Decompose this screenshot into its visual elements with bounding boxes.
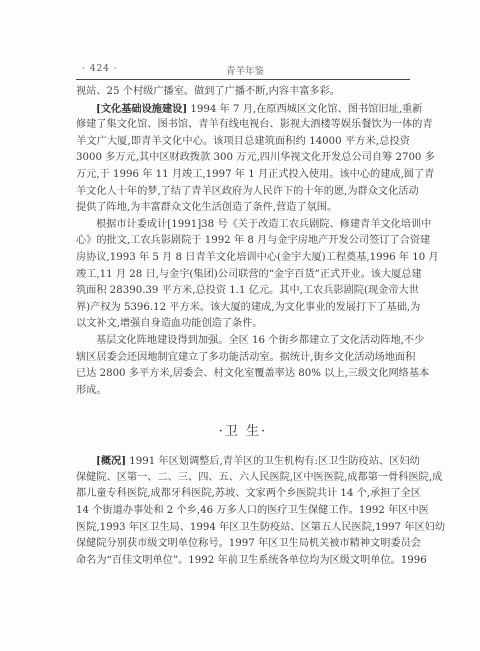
text-line: 提供了阵地,为丰富群众文化生活创造了条件,营造了氛围。 <box>76 200 410 217</box>
text-line: 辖区居委会还因地制宜建立了多功能活动室。据统计,街乡文化活动场地面积 <box>76 350 410 367</box>
text-line: 3000 多万元,其中区财政拨款 300 万元,四川华视文化开发总公司自筹 27… <box>76 150 410 167</box>
text-line: 保健院分别获市级文明单位称号。1997 年区卫生局机关被市精神文明委员会 <box>76 536 410 553</box>
text-line: 修建了集文化馆、图书馆、青羊有线电视台、影视大酒楼等娱乐餐饮为一体的青 <box>76 117 410 134</box>
header-rule <box>76 79 410 80</box>
text-line: 已达 2800 多平方米,居委会、村文化室覆盖率达 80% 以上,三级文化网络基… <box>76 366 410 383</box>
running-title: 青羊年鉴 <box>226 63 264 77</box>
text-line: 羊文广大厦,即青羊文化中心。该项目总建筑面积约 14000 平方米,总投资 <box>76 134 410 151</box>
text-line: 命名为“百佳文明单位”。1992 年前卫生系统各单位均为区级文明单位。1996 <box>76 553 410 570</box>
text-line: 万元,于 1996 年 11 月竣工,1997 年 1 月正式投入使用。该中心的… <box>76 167 410 184</box>
text-line: 都儿童专科医院,成都牙科医院,苏坡、文家两个乡医院共计 14 个,承担了全区 <box>76 486 410 503</box>
page-header: · 424 · 青羊年鉴 <box>76 62 410 78</box>
text-line: 筑面积 28390.39 平方米,总投资 1.1 亿元。其中,工农兵影剧院(现金… <box>76 283 410 300</box>
text-line: 14 个街道办事处和 2 个乡,46 万多人口的医疗卫生保健工作。1992 年区… <box>76 503 410 520</box>
text-line: 根据市计委成计[1991]38 号《关于改造工农兵剧院、修建青羊文化培训中 <box>76 217 410 234</box>
text-line: 1991 年区划调整后,青羊区的卫生机构有:区卫生防疫站、区妇幼 <box>126 456 420 467</box>
text-line: 形成。 <box>76 383 410 400</box>
text-line: 心》的批文,工农兵影剧院于 1992 年 8 月与金宇房地产开发公司签订了合资建 <box>76 233 410 250</box>
text-line: 以文补文,增强自身造血功能创造了条件。 <box>76 316 410 333</box>
section-keyword: [文化基础设施建设] <box>96 103 187 115</box>
text-line: 视站、25 个村级广播室。做到了广播不断,内容丰富多彩。 <box>76 84 410 101</box>
text-line: 1994 年 7 月,在原西城区文化馆、图书馆旧址,重新 <box>187 104 422 115</box>
section-title-health: ·卫 生· <box>76 411 410 453</box>
text-line: 房协议,1993 年 5 月 8 日青羊文化培训中心(金宇大厦)工程奠基,199… <box>76 250 410 267</box>
text-line: 医院,1993 年区卫生局、1994 年区卫生防疫站、区第五人民医院,1997 … <box>76 520 410 537</box>
text-line: 保健院、区第一、二、三、四、五、六人民医院,区中医医院,成都第一骨科医院,成 <box>76 470 410 487</box>
page-number: · 424 · <box>82 64 118 74</box>
text-line: 羊文化人十年的梦,了结了青羊区政府为人民许下的十年的愿,为群众文化活动 <box>76 184 410 201</box>
page-body: 视站、25 个村级广播室。做到了广播不断,内容丰富多彩。 [文化基础设施建设] … <box>76 84 410 569</box>
text-line: 基层文化阵地建设得到加强。全区 16 个街乡都建立了文化活动阵地,不少 <box>76 333 410 350</box>
text-line: 界)产权为 5396.12 平方米。该大厦的建成,为文化事业的发展打下了基础,为 <box>76 300 410 317</box>
text-line: 竣工,11 月 28 日,与金宇(集团)公司联营的“金宇百货”正式开业。该大厦总… <box>76 267 410 284</box>
paragraph-infrastructure-first-line: [文化基础设施建设] 1994 年 7 月,在原西城区文化馆、图书馆旧址,重新 <box>76 101 410 118</box>
paragraph-overview-first-line: [概况] 1991 年区划调整后,青羊区的卫生机构有:区卫生防疫站、区妇幼 <box>76 453 410 470</box>
section-keyword: [概况] <box>96 455 126 467</box>
